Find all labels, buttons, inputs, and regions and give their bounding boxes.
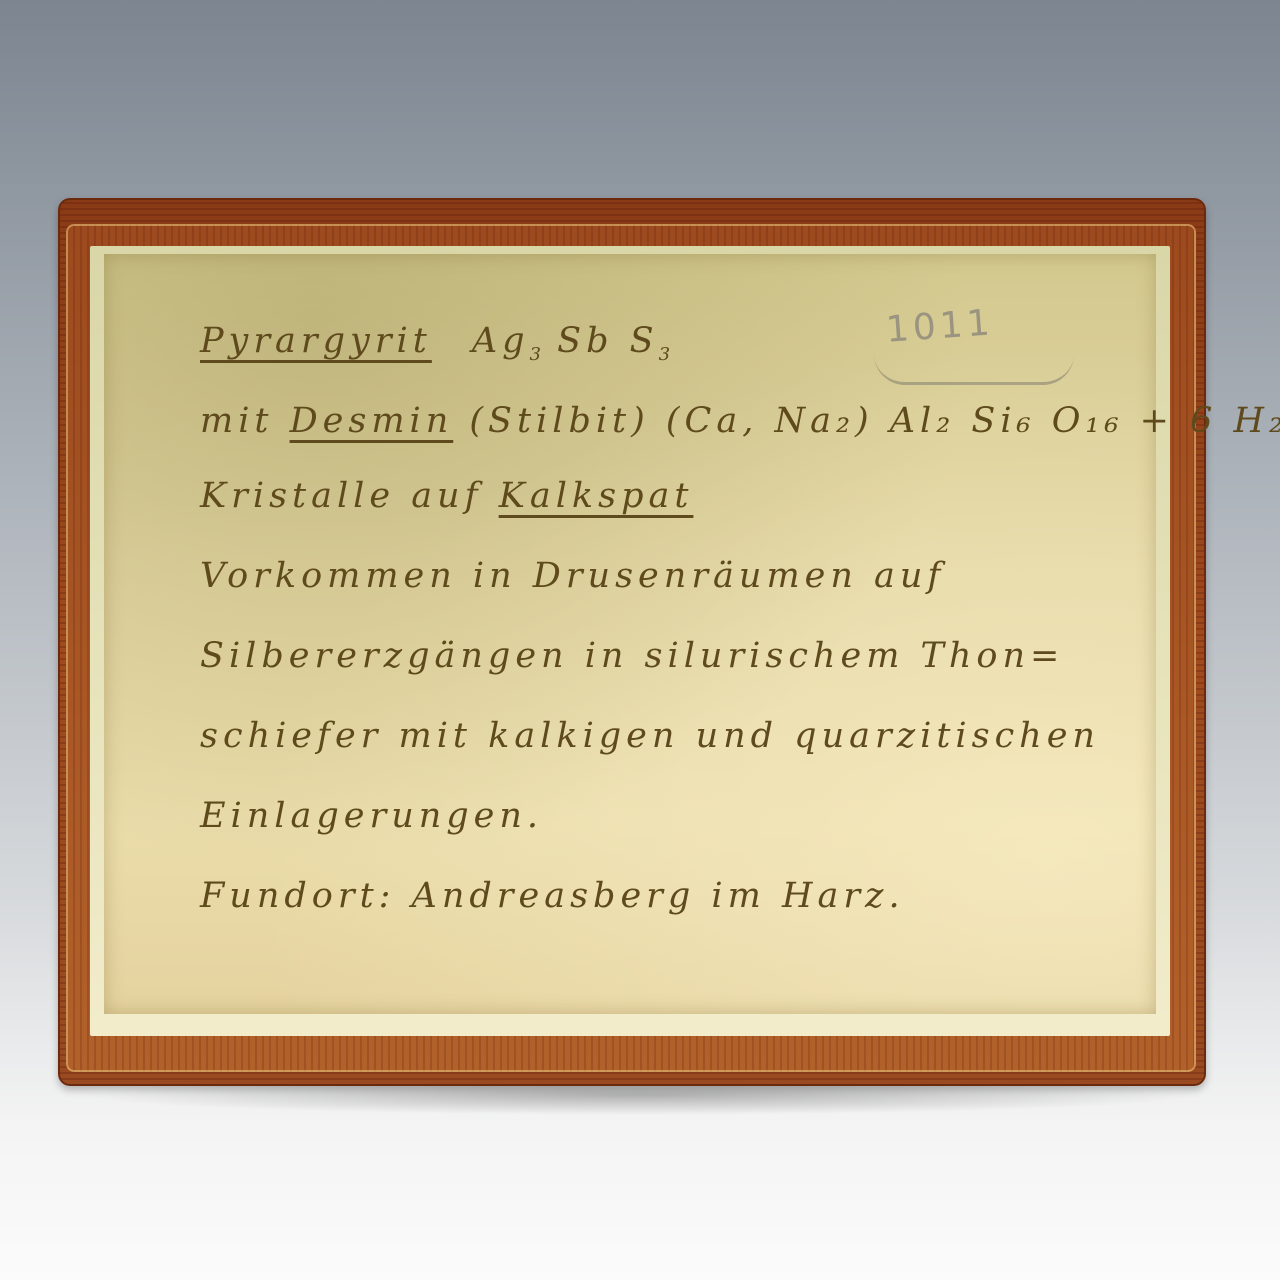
label-line-kalkspat: Kristalle auf Kalkspat — [200, 479, 693, 514]
inner-wall: 1011 PyrargyritAg3 Sb S3 mit Desmin (Sti… — [90, 246, 1170, 1036]
label-line-occurrence-2: Silbererzgängen in silurischem Thon= — [200, 639, 1064, 674]
formula-ag: Ag — [472, 321, 530, 361]
pencil-underline — [874, 354, 1074, 385]
label-paper: 1011 PyrargyritAg3 Sb S3 mit Desmin (Sti… — [104, 254, 1156, 1014]
label-line-desmin: mit Desmin (Stilbit) (Ca, Na₂) Al₂ Si₆ O… — [200, 404, 1280, 439]
specimen-box-lid: 1011 PyrargyritAg3 Sb S3 mit Desmin (Sti… — [58, 198, 1206, 1086]
catalog-number: 1011 — [885, 302, 995, 350]
alt-name-stilbit: (Stilbit) — [453, 401, 666, 441]
label-line-locality: Fundort: Andreasberg im Harz. — [200, 879, 905, 914]
label-line-occurrence-4: Einlagerungen. — [200, 799, 543, 834]
mineral-name-kalkspat: Kalkspat — [499, 476, 694, 516]
formula-sbs: Sb S — [541, 321, 659, 361]
mineral-name-pyrargyrit: Pyrargyrit — [200, 321, 432, 361]
mineral-name-desmin: Desmin — [290, 401, 454, 441]
desmin-formula: (Ca, Na₂) Al₂ Si₆ O₁₆ + 6 H₂O. — [666, 401, 1280, 441]
label-line-occurrence-3: schiefer mit kalkigen und quarzitischen — [200, 719, 1100, 754]
label-line-occurrence-1: Vorkommen in Drusenräumen auf — [200, 559, 945, 594]
box-rim: 1011 PyrargyritAg3 Sb S3 mit Desmin (Sti… — [66, 224, 1196, 1072]
label-line-mineral: PyrargyritAg3 Sb S3 — [200, 324, 670, 364]
